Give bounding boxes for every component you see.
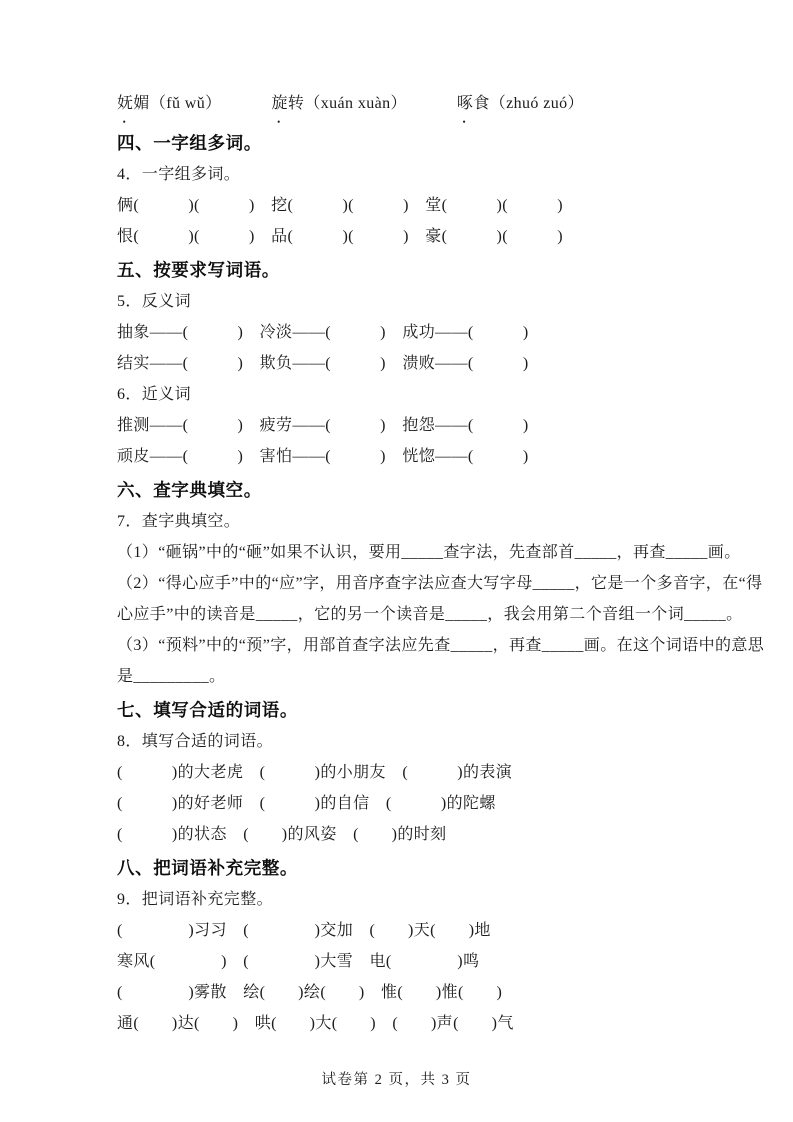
q8-fill-row-2: ( )的好老师 ( )的自信 ( )的陀螺 [117,788,777,819]
pinyin-options: （zhuó zuó） [490,95,584,112]
pinyin-word-item: 旋转（xuán xuàn） [272,95,407,112]
question-8-label: 8．填写合适的词语。 [117,726,777,757]
question-9-label: 9．把词语补充完整。 [117,884,777,915]
pinyin-options: （xuán xuàn） [304,95,407,112]
section-heading-seven: 七、填写合适的词语。 [117,694,777,726]
synonyms-row-2: 顽皮——( ) 害怕——( ) 恍惚——( ) [117,441,777,472]
synonyms-row-1: 推测——( ) 疲劳——( ) 抱怨——( ) [117,410,777,441]
q4-fill-row-2: 恨( )( ) 品( )( ) 豪( )( ) [117,221,777,252]
antonyms-row-1: 抽象——( ) 冷淡——( ) 成功——( ) [117,317,777,348]
question-5-label: 5．反义词 [117,286,777,317]
emphasized-char: 啄 [457,88,473,119]
pronunciation-row: 妩媚（fǔ wǔ）旋转（xuán xuàn）啄食（zhuó zuó） [117,88,777,119]
q9-idiom-row-4: 通( )达( ) 哄( )大( ) ( )声( )气 [117,1008,777,1039]
q7-subquestion-3-cont: 是_________。 [117,661,777,692]
section-heading-eight: 八、把词语补充完整。 [117,852,777,884]
q7-subquestion-2-cont: 心应手”中的读音是_____，它的另一个读音是_____，我会用第二个音组一个词… [117,599,777,630]
q9-idiom-row-2: 寒风( ) ( )大雪 电( )鸣 [117,946,777,977]
word-rest: 食 [473,95,489,112]
question-6-label: 6．近义词 [117,379,777,410]
q9-idiom-row-3: ( )雾散 绘( )绘( ) 惟( )惟( ) [117,977,777,1008]
page-footer: 试卷第 2 页，共 3 页 [0,1068,793,1089]
q7-subquestion-2: （2）“得心应手”中的“应”字，用音序查字法应查大写字母_____，它是一个多音… [117,568,777,599]
pinyin-word-item: 啄食（zhuó zuó） [457,95,584,112]
q4-fill-row-1: 俩( )( ) 挖( )( ) 堂( )( ) [117,190,777,221]
q9-idiom-row-1: ( )习习 ( )交加 ( )天( )地 [117,915,777,946]
page-content: 妩媚（fǔ wǔ）旋转（xuán xuàn）啄食（zhuó zuó） 四、一字组… [117,88,777,1039]
emphasized-char: 妩 [117,88,133,119]
question-7-label: 7．查字典填空。 [117,506,777,537]
question-4-label: 4．一字组多词。 [117,159,777,190]
word-rest: 媚 [133,95,149,112]
section-heading-five: 五、按要求写词语。 [117,254,777,286]
emphasized-char: 旋 [272,88,288,119]
q7-subquestion-1: （1）“砸锅”中的“砸”如果不认识，要用_____查字法，先查部首_____，再… [117,537,777,568]
q8-fill-row-3: ( )的状态 ( )的风姿 ( )的时刻 [117,819,777,850]
antonyms-row-2: 结实——( ) 欺负——( ) 溃败——( ) [117,348,777,379]
section-heading-four: 四、一字组多词。 [117,127,777,159]
pinyin-word-item: 妩媚（fǔ wǔ） [117,95,222,112]
word-rest: 转 [288,95,304,112]
section-heading-six: 六、查字典填空。 [117,474,777,506]
pinyin-options: （fǔ wǔ） [150,95,222,112]
q8-fill-row-1: ( )的大老虎 ( )的小朋友 ( )的表演 [117,757,777,788]
q7-subquestion-3: （3）“预料”中的“预”字，用部首查字法应先查_____，再查_____画。在这… [117,630,777,661]
exam-paper-page: 妩媚（fǔ wǔ）旋转（xuán xuàn）啄食（zhuó zuó） 四、一字组… [0,0,793,1122]
